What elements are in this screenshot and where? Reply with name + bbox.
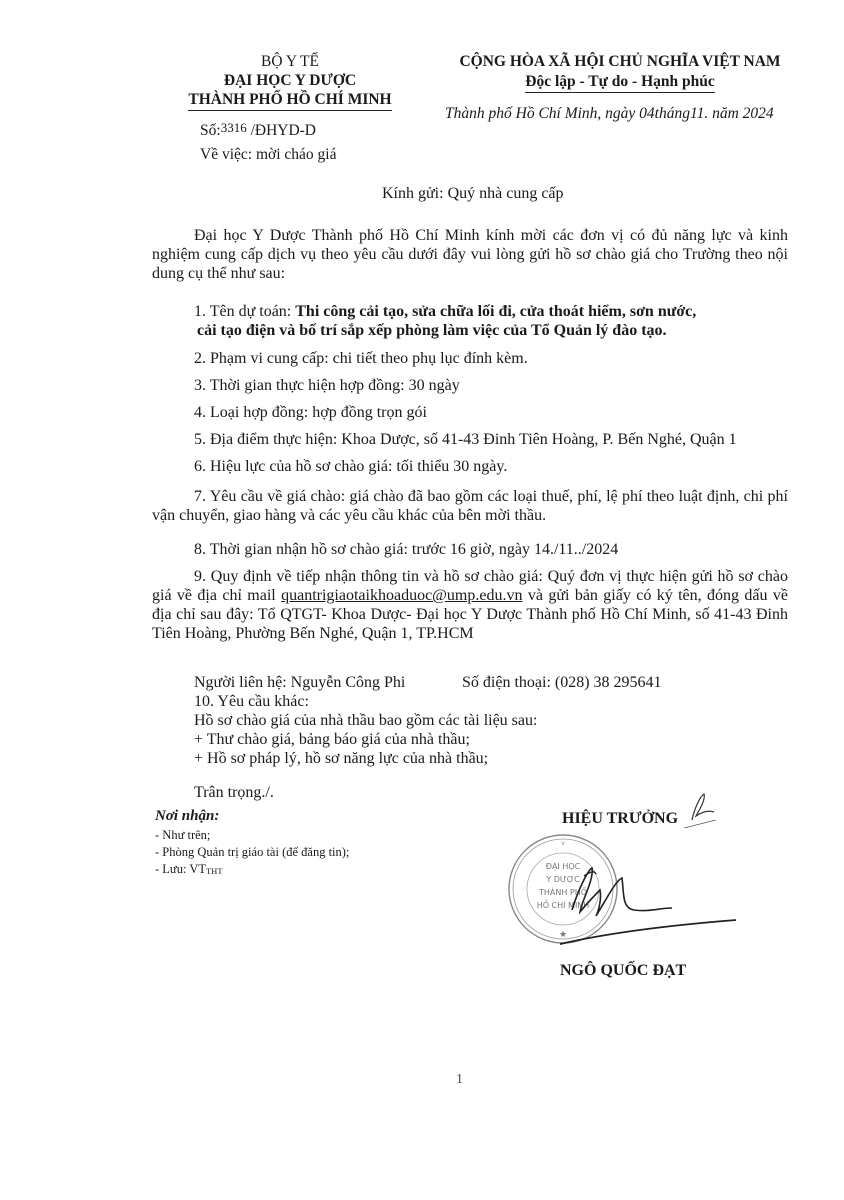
item-4: 4. Loại hợp đồng: hợp đồng trọn gói	[194, 403, 427, 422]
item-10-line: Hồ sơ chào giá của nhà thầu bao gồm các …	[194, 711, 537, 730]
initials-mark	[680, 790, 720, 830]
item-1-title: Thi công cải tạo, sửa chữa lối đi, cửa t…	[295, 303, 696, 320]
page-number: 1	[456, 1072, 463, 1088]
document-date: Thành phố Hồ Chí Minh, ngày 04tháng11. n…	[445, 105, 774, 123]
document-number: Số:3316 /ĐHYD-D	[200, 120, 316, 140]
recipients-title: Nơi nhận:	[155, 808, 219, 825]
document-number-value: 3316	[221, 120, 247, 135]
item-3: 3. Thời gian thực hiện hợp đồng: 30 ngày	[194, 376, 460, 395]
organization-name-line2: THÀNH PHỐ HỒ CHÍ MINH	[188, 90, 391, 111]
item-1: 1. Tên dự toán: Thi công cải tạo, sửa ch…	[194, 302, 696, 321]
item-1-label: 1. Tên dự toán:	[194, 303, 295, 320]
item-8: 8. Thời gian nhận hồ sơ chào giá: trước …	[194, 540, 618, 559]
document-number-suffix: /ĐHYD-D	[247, 122, 316, 139]
email-link[interactable]: quantrigiaotaikhoaduoc@ump.edu.vn	[281, 587, 522, 604]
signer-name: NGÔ QUỐC ĐẠT	[560, 962, 686, 980]
recipient-archive: - Lưu: VT	[155, 862, 206, 876]
item-1-title-continued: cải tạo điện và bố trí sắp xếp phòng làm…	[197, 321, 667, 340]
closing: Trân trọng./.	[194, 783, 274, 802]
item-10-line: + Hồ sơ pháp lý, hồ sơ năng lực của nhà …	[194, 749, 488, 768]
contact-person: Người liên hệ: Nguyễn Công Phi	[194, 673, 405, 692]
organization-name-line1: ĐẠI HỌC Y DƯỢC	[150, 71, 430, 90]
signer-title: HIỆU TRƯỞNG	[562, 810, 678, 828]
recipient-item: - Như trên;	[155, 828, 210, 843]
intro-paragraph: Đại học Y Dược Thành phố Hồ Chí Minh kín…	[152, 226, 788, 283]
issuing-agency-block: BỘ Y TẾ ĐẠI HỌC Y DƯỢC THÀNH PHỐ HỒ CHÍ …	[150, 52, 430, 111]
recipient-item: - Lưu: VTTHT	[155, 862, 223, 877]
item-2: 2. Phạm vi cung cấp: chi tiết theo phụ l…	[194, 349, 528, 368]
item-5: 5. Địa điểm thực hiện: Khoa Dược, số 41-…	[194, 430, 737, 449]
svg-text:v: v	[561, 840, 565, 847]
item-10-line: + Thư chào giá, bảng báo giá của nhà thầ…	[194, 730, 470, 749]
contact-phone: Số điện thoại: (028) 38 295641	[462, 673, 662, 692]
nation-title: CỘNG HÒA XÃ HỘI CHỦ NGHĨA VIỆT NAM	[430, 52, 810, 72]
document-subject: Về việc: mời cháo giá	[200, 146, 336, 164]
item-9: 9. Quy định về tiếp nhận thông tin và hồ…	[152, 567, 788, 643]
handwritten-signature	[560, 850, 750, 950]
item-6: 6. Hiệu lực của hồ sơ chào giá: tối thiể…	[194, 457, 507, 476]
ministry-name: BỘ Y TẾ	[150, 52, 430, 71]
item-7: 7. Yêu cầu về giá chào: giá chào đã bao …	[152, 487, 788, 525]
salutation: Kính gửi: Quý nhà cung cấp	[382, 184, 564, 203]
national-header: CỘNG HÒA XÃ HỘI CHỦ NGHĨA VIỆT NAM Độc l…	[430, 52, 810, 93]
national-motto: Độc lập - Tự do - Hạnh phúc	[525, 72, 714, 93]
document-number-label: Số:	[200, 122, 221, 139]
recipient-item: - Phòng Quản trị giáo tài (để đăng tin);	[155, 845, 349, 860]
item-10-title: 10. Yêu cầu khác:	[194, 692, 309, 711]
recipient-archive-code: THT	[206, 866, 223, 876]
